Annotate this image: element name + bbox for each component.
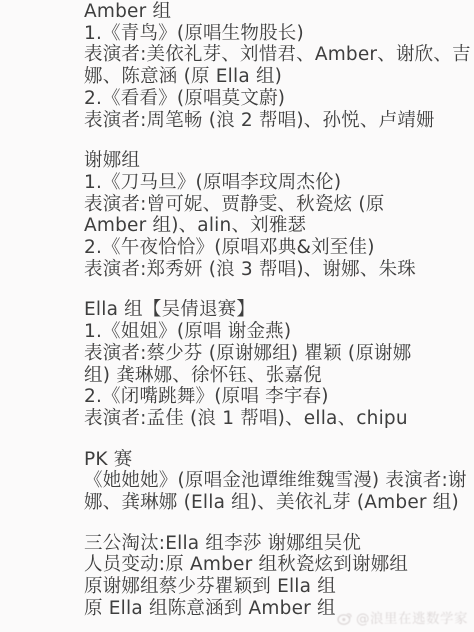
performers-line: 表演者:孟佳 (浪 1 帮唱)、ella、chipu [84,408,468,430]
song-title-line: 1.《青鸟》(原唱生物股长) [84,23,468,45]
performers-line: 组) 龚琳娜、徐怀钰、张嘉倪 [84,365,468,387]
performers-line: 表演者:郑秀妍 (浪 3 帮唱)、谢娜、朱珠 [84,259,468,281]
song-title-line: 1.《姐姐》(原唱 谢金燕) [84,321,468,343]
performers-line: Amber 组)、alin、刘雅瑟 [84,215,468,237]
performers-line: 表演者:美依礼芽、刘惜君、Amber、谢欣、吉 [84,44,468,66]
section-pk-round: PK 赛 《她她她》(原唱金池谭维维魏雪漫) 表演者:谢 娜、龚琳娜 (Ella… [84,449,468,514]
screenshot-page: Amber 组 1.《青鸟》(原唱生物股长) 表演者:美依礼芽、刘惜君、Ambe… [0,0,474,632]
performers-line: 表演者:蔡少芬 (原谢娜组) 瞿颖 (原谢娜 [84,343,468,365]
watermark-handle: @浪里在逃数学家 [356,607,468,627]
group-heading: Amber 组 [84,1,468,23]
section-amber-group: Amber 组 1.《青鸟》(原唱生物股长) 表演者:美依礼芽、刘惜君、Ambe… [84,1,468,131]
song-title-line: 1.《刀马旦》(原唱李玟周杰伦) [84,172,468,194]
group-heading: 谢娜组 [84,150,468,172]
performers-line: 表演者:周笔畅 (浪 2 帮唱)、孙悦、卢靖姗 [84,110,468,132]
elimination-line: 三公淘汰:Ella 组李莎 谢娜组吴优 [84,533,468,555]
weibo-watermark: @浪里在逃数学家 [337,607,468,627]
performers-line: 娜、龚琳娜 (Ella 组)、美依礼芽 (Amber 组) [84,492,468,514]
member-change-line: 人员变动:原 Amber 组秋瓷炫到谢娜组 [84,554,468,576]
performers-line: 娜、陈意涵 (原 Ella 组) [84,66,468,88]
song-title-line: 《她她她》(原唱金池谭维维魏雪漫) 表演者:谢 [84,470,468,492]
group-heading: Ella 组【吴倩退赛】 [84,299,468,321]
section-xiena-group: 谢娜组 1.《刀马旦》(原唱李玟周杰伦) 表演者:曾可妮、贾静雯、秋瓷炫 (原 … [84,150,468,280]
member-change-line: 原谢娜组蔡少芬瞿颖到 Ella 组 [84,576,468,598]
lineup-document: Amber 组 1.《青鸟》(原唱生物股长) 表演者:美依礼芽、刘惜君、Ambe… [84,1,468,632]
section-ella-group: Ella 组【吴倩退赛】 1.《姐姐》(原唱 谢金燕) 表演者:蔡少芬 (原谢娜… [84,299,468,429]
weibo-logo-icon [337,610,353,624]
group-heading: PK 赛 [84,449,468,471]
song-title-line: 2.《看看》(原唱莫文蔚) [84,88,468,110]
song-title-line: 2.《午夜恰恰》(原唱邓典&刘至佳) [84,237,468,259]
song-title-line: 2.《闭嘴跳舞》(原唱 李宇春) [84,386,468,408]
performers-line: 表演者:曾可妮、贾静雯、秋瓷炫 (原 [84,194,468,216]
